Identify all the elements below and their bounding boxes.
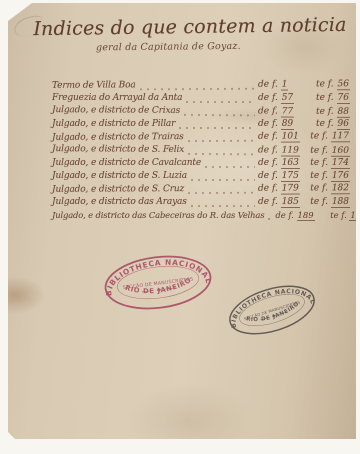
entry-folio-te-label: te f. xyxy=(316,93,334,103)
entry-folio-te-number: 88 xyxy=(337,107,351,118)
entry-folio-range: de f. 175 te f. 176 xyxy=(258,170,350,183)
stamp-line1: BIBLIOTHECA NACIONAL xyxy=(224,279,317,330)
entry-folio-te-number: 182 xyxy=(331,183,350,194)
index-entry: Termo de Villa Boa de f. 1 te f. 56 xyxy=(52,78,350,93)
entry-label: Julgado, e districto de Pillar xyxy=(52,118,175,131)
entry-label: Julgado, e districto de S. Luzia xyxy=(52,170,187,183)
entry-folio-te-number: 76 xyxy=(337,93,350,104)
entry-label: Julgado, e districto das Cabeceiras do R… xyxy=(52,209,264,222)
entry-folio-from: de f. 175 xyxy=(258,170,300,183)
document-title: Indices do que contem a noticia xyxy=(16,14,360,41)
entry-folio-range: de f. 185 te f. 188 xyxy=(258,196,350,209)
library-stamp-primary: BIBLIOTHECA NACIONAL SECÇÃO DE MANUSCRIP… xyxy=(99,248,217,316)
entry-folio-te-number: 176 xyxy=(331,171,350,182)
entry-folio-de-label: de f. xyxy=(258,171,278,181)
document-subtitle: geral da Capitania de Goyaz. xyxy=(96,40,356,54)
entry-folio-from: de f. 101 xyxy=(258,130,300,143)
entry-dotted-leader xyxy=(205,158,255,168)
entry-folio-te-label: te f. xyxy=(310,197,328,207)
entry-folio-range: de f. 89 te f. 96 xyxy=(258,118,350,131)
entry-label: Termo de Villa Boa xyxy=(52,79,136,92)
index-entry: Julgado, e districto das Arayas de f. 18… xyxy=(52,196,350,209)
entry-folio-to: te f. 182 xyxy=(310,182,350,195)
entry-folio-range: de f. 101 te f. 117 xyxy=(258,130,350,143)
entry-folio-to: te f. 174 xyxy=(310,157,350,170)
index-list: Termo de Villa Boa de f. 1 te f. 56 Freg… xyxy=(52,79,350,222)
index-entry: Julgado, e districto de S. Luzia de f. 1… xyxy=(52,170,350,183)
entry-folio-de-number: 179 xyxy=(281,183,300,194)
entry-folio-de-number: 89 xyxy=(281,119,294,130)
entry-folio-de-number: 57 xyxy=(281,93,294,104)
entry-dotted-leader xyxy=(188,184,255,194)
entry-folio-de-number: 189 xyxy=(297,210,315,221)
entry-folio-te-label: te f. xyxy=(310,171,328,181)
entry-folio-de-label: de f. xyxy=(258,145,278,155)
entry-folio-from: de f. 185 xyxy=(258,196,300,209)
entry-folio-de-label: de f. xyxy=(258,184,278,194)
entry-folio-te-number: 56 xyxy=(337,79,351,90)
entry-dotted-leader xyxy=(191,197,255,207)
scan-page: Indices do que contem a noticia geral da… xyxy=(8,3,356,439)
entry-folio-te-number: 174 xyxy=(331,158,350,169)
entry-folio-te-label: te f. xyxy=(316,119,334,129)
entry-folio-to: te f. 196 xyxy=(330,209,360,222)
entry-folio-de-label: de f. xyxy=(258,119,278,129)
entry-folio-de-number: 1 xyxy=(281,80,289,91)
entry-folio-de-number: 77 xyxy=(281,106,295,117)
entry-dotted-leader xyxy=(188,132,255,142)
entry-folio-from: de f. 57 xyxy=(258,92,294,105)
entry-folio-range: de f. 189 te f. 196 xyxy=(275,209,360,222)
entry-folio-from: de f. 179 xyxy=(258,182,300,195)
index-entry: Freguezia do Arrayal da Anta de f. 57 te… xyxy=(52,92,350,105)
entry-folio-te-label: te f. xyxy=(310,131,328,141)
entry-folio-to: te f. 96 xyxy=(316,118,350,131)
entry-folio-de-label: de f. xyxy=(258,93,278,103)
index-entry: Julgado, e districto de Cavalcante de f.… xyxy=(52,157,350,170)
entry-folio-to: te f. 160 xyxy=(310,145,350,158)
entry-dotted-leader xyxy=(191,171,255,181)
entry-folio-from: de f. 77 xyxy=(258,105,294,118)
entry-label: Julgado, e districto das Arayas xyxy=(52,196,187,209)
entry-label: Julgado, e districto de S. Felix xyxy=(52,143,184,157)
entry-folio-range: de f. 77 te f. 88 xyxy=(258,105,350,119)
index-entry: Julgado, e districto de Crixas de f. 77 … xyxy=(52,104,350,119)
entry-folio-te-label: te f. xyxy=(310,146,328,156)
entry-folio-from: de f. 189 xyxy=(275,209,314,222)
library-stamp-icon: BIBLIOTHECA NACIONAL SECÇÃO DE MANUSCRIP… xyxy=(99,248,217,316)
entry-dotted-leader xyxy=(179,119,255,129)
entry-folio-te-label: te f. xyxy=(330,210,346,220)
entry-folio-from: de f. 119 xyxy=(258,144,300,157)
entry-folio-te-number: 196 xyxy=(349,210,360,221)
entry-label: Julgado, e districto de Cavalcante xyxy=(52,157,201,170)
entry-folio-te-label: te f. xyxy=(316,79,334,89)
entry-folio-de-number: 101 xyxy=(281,131,300,142)
entry-folio-to: te f. 117 xyxy=(310,130,350,143)
entry-folio-te-number: 160 xyxy=(331,146,350,157)
entry-folio-te-number: 117 xyxy=(331,131,350,142)
entry-label: Julgado, e districto de S. Cruz xyxy=(52,183,184,197)
entry-folio-te-number: 188 xyxy=(331,197,350,208)
library-stamp-icon: BIBLIOTHECA NACIONAL SECÇÃO DE MANUSCRIP… xyxy=(221,275,322,346)
entry-label: Freguezia do Arrayal da Anta xyxy=(52,92,182,105)
index-entry: Julgado, e districto de Pillar de f. 89 … xyxy=(52,118,350,131)
entry-folio-de-number: 163 xyxy=(281,158,300,169)
entry-folio-range: de f. 57 te f. 76 xyxy=(258,92,350,105)
entry-folio-de-label: de f. xyxy=(258,158,278,168)
entry-folio-te-number: 96 xyxy=(337,119,350,130)
entry-folio-to: te f. 176 xyxy=(310,170,350,183)
entry-dotted-leader xyxy=(186,93,255,103)
entry-folio-te-label: te f. xyxy=(310,158,328,168)
entry-folio-de-label: de f. xyxy=(258,80,278,90)
index-entry: Julgado, e districto das Cabeceiras do R… xyxy=(52,209,350,222)
entry-folio-to: te f. 56 xyxy=(316,78,350,91)
entry-label: Julgado, e districto de Crixas xyxy=(52,104,180,118)
entry-folio-de-number: 119 xyxy=(281,145,300,156)
entry-folio-to: te f. 88 xyxy=(316,106,350,119)
entry-folio-from: de f. 1 xyxy=(258,79,289,92)
entry-folio-de-label: de f. xyxy=(258,106,278,116)
entry-folio-from: de f. 163 xyxy=(258,157,300,170)
library-stamp-secondary: BIBLIOTHECA NACIONAL SECÇÃO DE MANUSCRIP… xyxy=(221,275,322,346)
entry-folio-range: de f. 179 te f. 182 xyxy=(258,182,350,195)
entry-folio-from: de f. 89 xyxy=(258,118,294,131)
index-entry: Julgado, e districto de S. Felix de f. 1… xyxy=(52,143,350,158)
entry-folio-de-label: de f. xyxy=(258,132,278,142)
entry-dotted-leader xyxy=(188,145,255,155)
entry-folio-range: de f. 1 te f. 56 xyxy=(258,78,350,91)
entry-folio-de-label: de f. xyxy=(258,197,278,207)
entry-dotted-leader xyxy=(140,80,255,91)
entry-folio-range: de f. 119 te f. 160 xyxy=(258,144,350,158)
entry-folio-to: te f. 188 xyxy=(310,196,350,209)
entry-folio-range: de f. 163 te f. 174 xyxy=(258,157,350,170)
entry-folio-te-label: te f. xyxy=(310,183,328,193)
entry-folio-te-label: te f. xyxy=(316,107,334,117)
svg-text:BIBLIOTHECA NACIONAL: BIBLIOTHECA NACIONAL xyxy=(224,279,317,330)
entry-dotted-leader xyxy=(184,106,255,116)
entry-folio-de-label: de f. xyxy=(275,210,293,220)
entry-folio-de-number: 175 xyxy=(281,171,300,182)
entry-dotted-leader xyxy=(268,210,272,220)
entry-folio-de-number: 185 xyxy=(281,197,300,208)
index-entry: Julgado, e districto de S. Cruz de f. 17… xyxy=(52,182,350,197)
entry-folio-to: te f. 76 xyxy=(316,92,350,105)
